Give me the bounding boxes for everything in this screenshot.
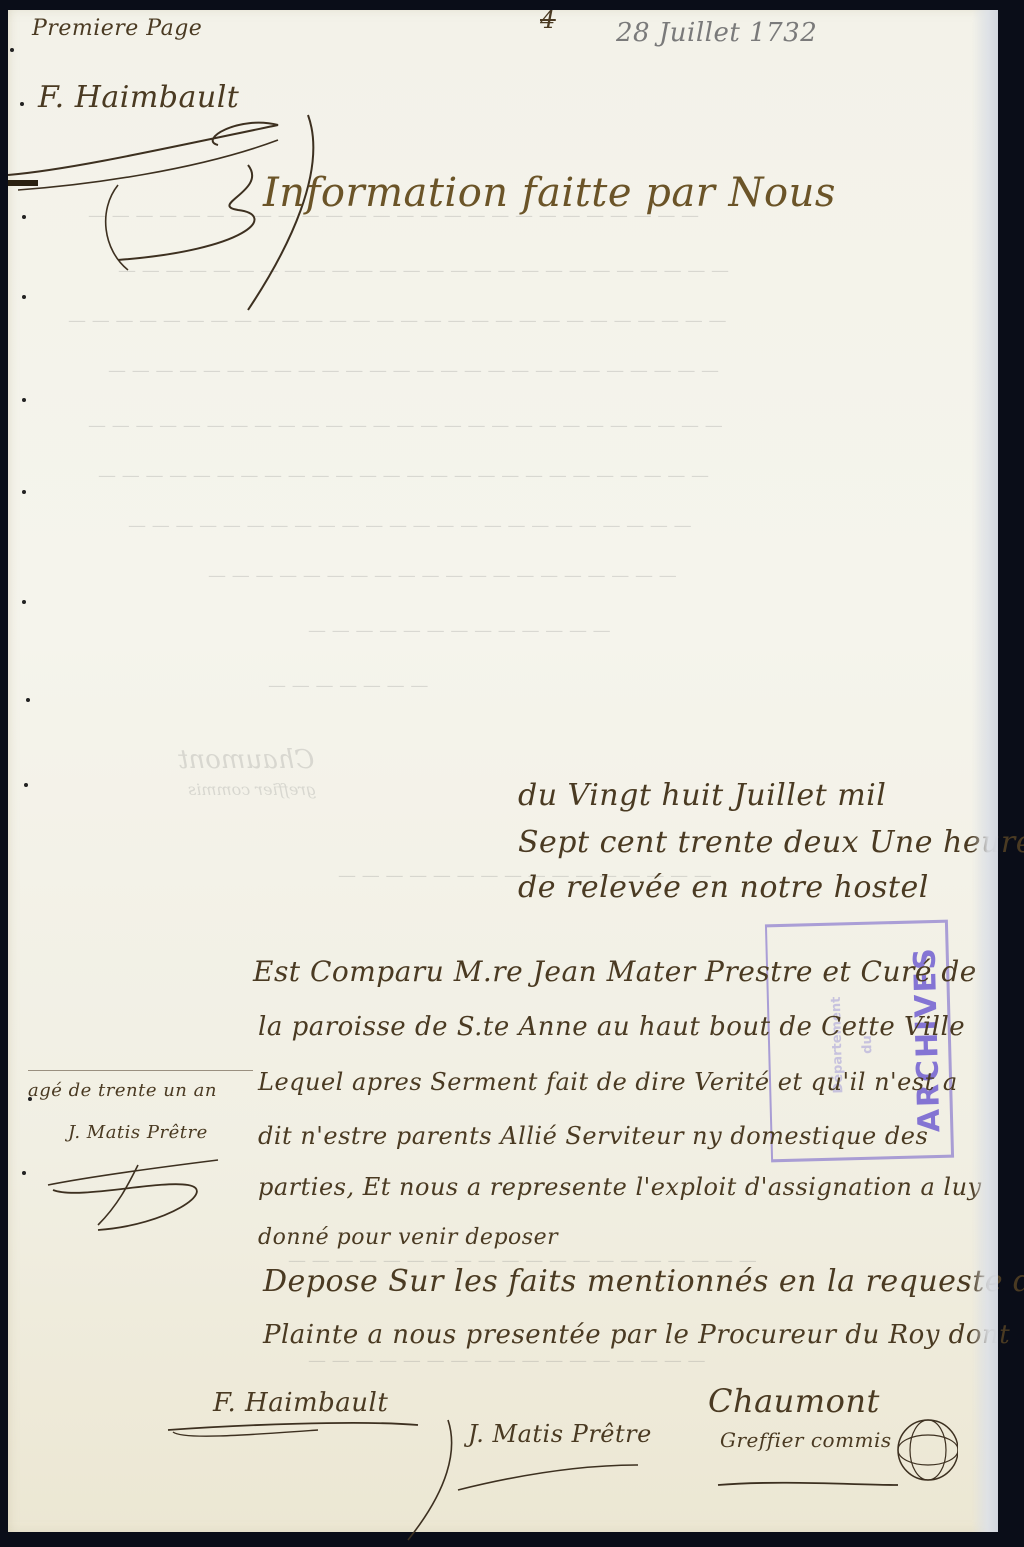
margin-dot <box>22 1171 26 1175</box>
date-line-3: de relevée en notre hostel <box>518 870 929 905</box>
bleed-through-line: — — — — — — — <box>268 675 428 696</box>
body-line-8: Plainte a nous presentée par le Procureu… <box>263 1320 1010 1350</box>
margin-dot <box>22 398 26 402</box>
body-line-4: dit n'estre parents Allié Serviteur ny d… <box>258 1122 928 1150</box>
margin-dot <box>24 783 28 787</box>
date-line-2: Sept cent trente deux Une heure <box>518 825 1024 860</box>
witness-age: agé de trente un an <box>28 1080 217 1101</box>
manuscript-page: — — — — — — — — — — — — — — — — — — — — … <box>8 10 998 1532</box>
archival-date: 28 Juillet 1732 <box>616 18 817 48</box>
body-line-7: Depose Sur les faits mentionnés en la re… <box>263 1264 1024 1299</box>
bleed-through-line: — — — — — — — — — — — — — — — — — — — — <box>208 565 677 586</box>
body-line-2: la paroisse de S.te Anne au haut bout de… <box>258 1012 965 1042</box>
margin-flourish <box>38 1155 238 1235</box>
body-line-3: Lequel apres Serment fait de dire Verité… <box>258 1068 958 1096</box>
body-line-1: Est Comparu M.re Jean Mater Prestre et C… <box>253 955 977 988</box>
margin-dot <box>22 490 26 494</box>
bleed-through-line: — — — — — — — — — — — — — — — — — — — — … <box>88 415 723 436</box>
page-label: Premiere Page <box>32 16 202 41</box>
body-line-5: parties, Et nous a represente l'exploit … <box>258 1173 982 1201</box>
bleed-through-line: — — — — — — — — — — — — — — — — — — — — … <box>98 465 709 486</box>
bleed-through-line: — — — — — — — — — — — — — — — — — — — — … <box>108 360 719 381</box>
document-title: Information faitte par Nous <box>263 170 836 216</box>
bleed-through-line: — — — — — — — — — — — — — — — — — <box>308 1350 706 1371</box>
margin-dot <box>22 600 26 604</box>
bleed-through-line: greffier commis <box>188 780 316 799</box>
margin-dot <box>26 698 30 702</box>
margin-rule <box>28 1070 253 1071</box>
margin-dot <box>10 48 14 52</box>
bleed-through-line: — — — — — — — — — — — — — <box>308 620 611 641</box>
bleed-through-line: — — — — — — — — — — — — — — — — — — — — … <box>128 515 692 536</box>
folio-number: 4 <box>540 6 556 34</box>
footer-flourish <box>158 1410 958 1547</box>
bleed-through-line: Chaumont <box>178 745 314 775</box>
margin-signature: J. Matis Prêtre <box>68 1122 208 1143</box>
margin-dot <box>20 102 24 106</box>
signature-flourish <box>8 110 328 360</box>
date-line-1: du Vingt huit Juillet mil <box>518 778 886 813</box>
body-line-6: donné pour venir deposer <box>258 1225 558 1250</box>
